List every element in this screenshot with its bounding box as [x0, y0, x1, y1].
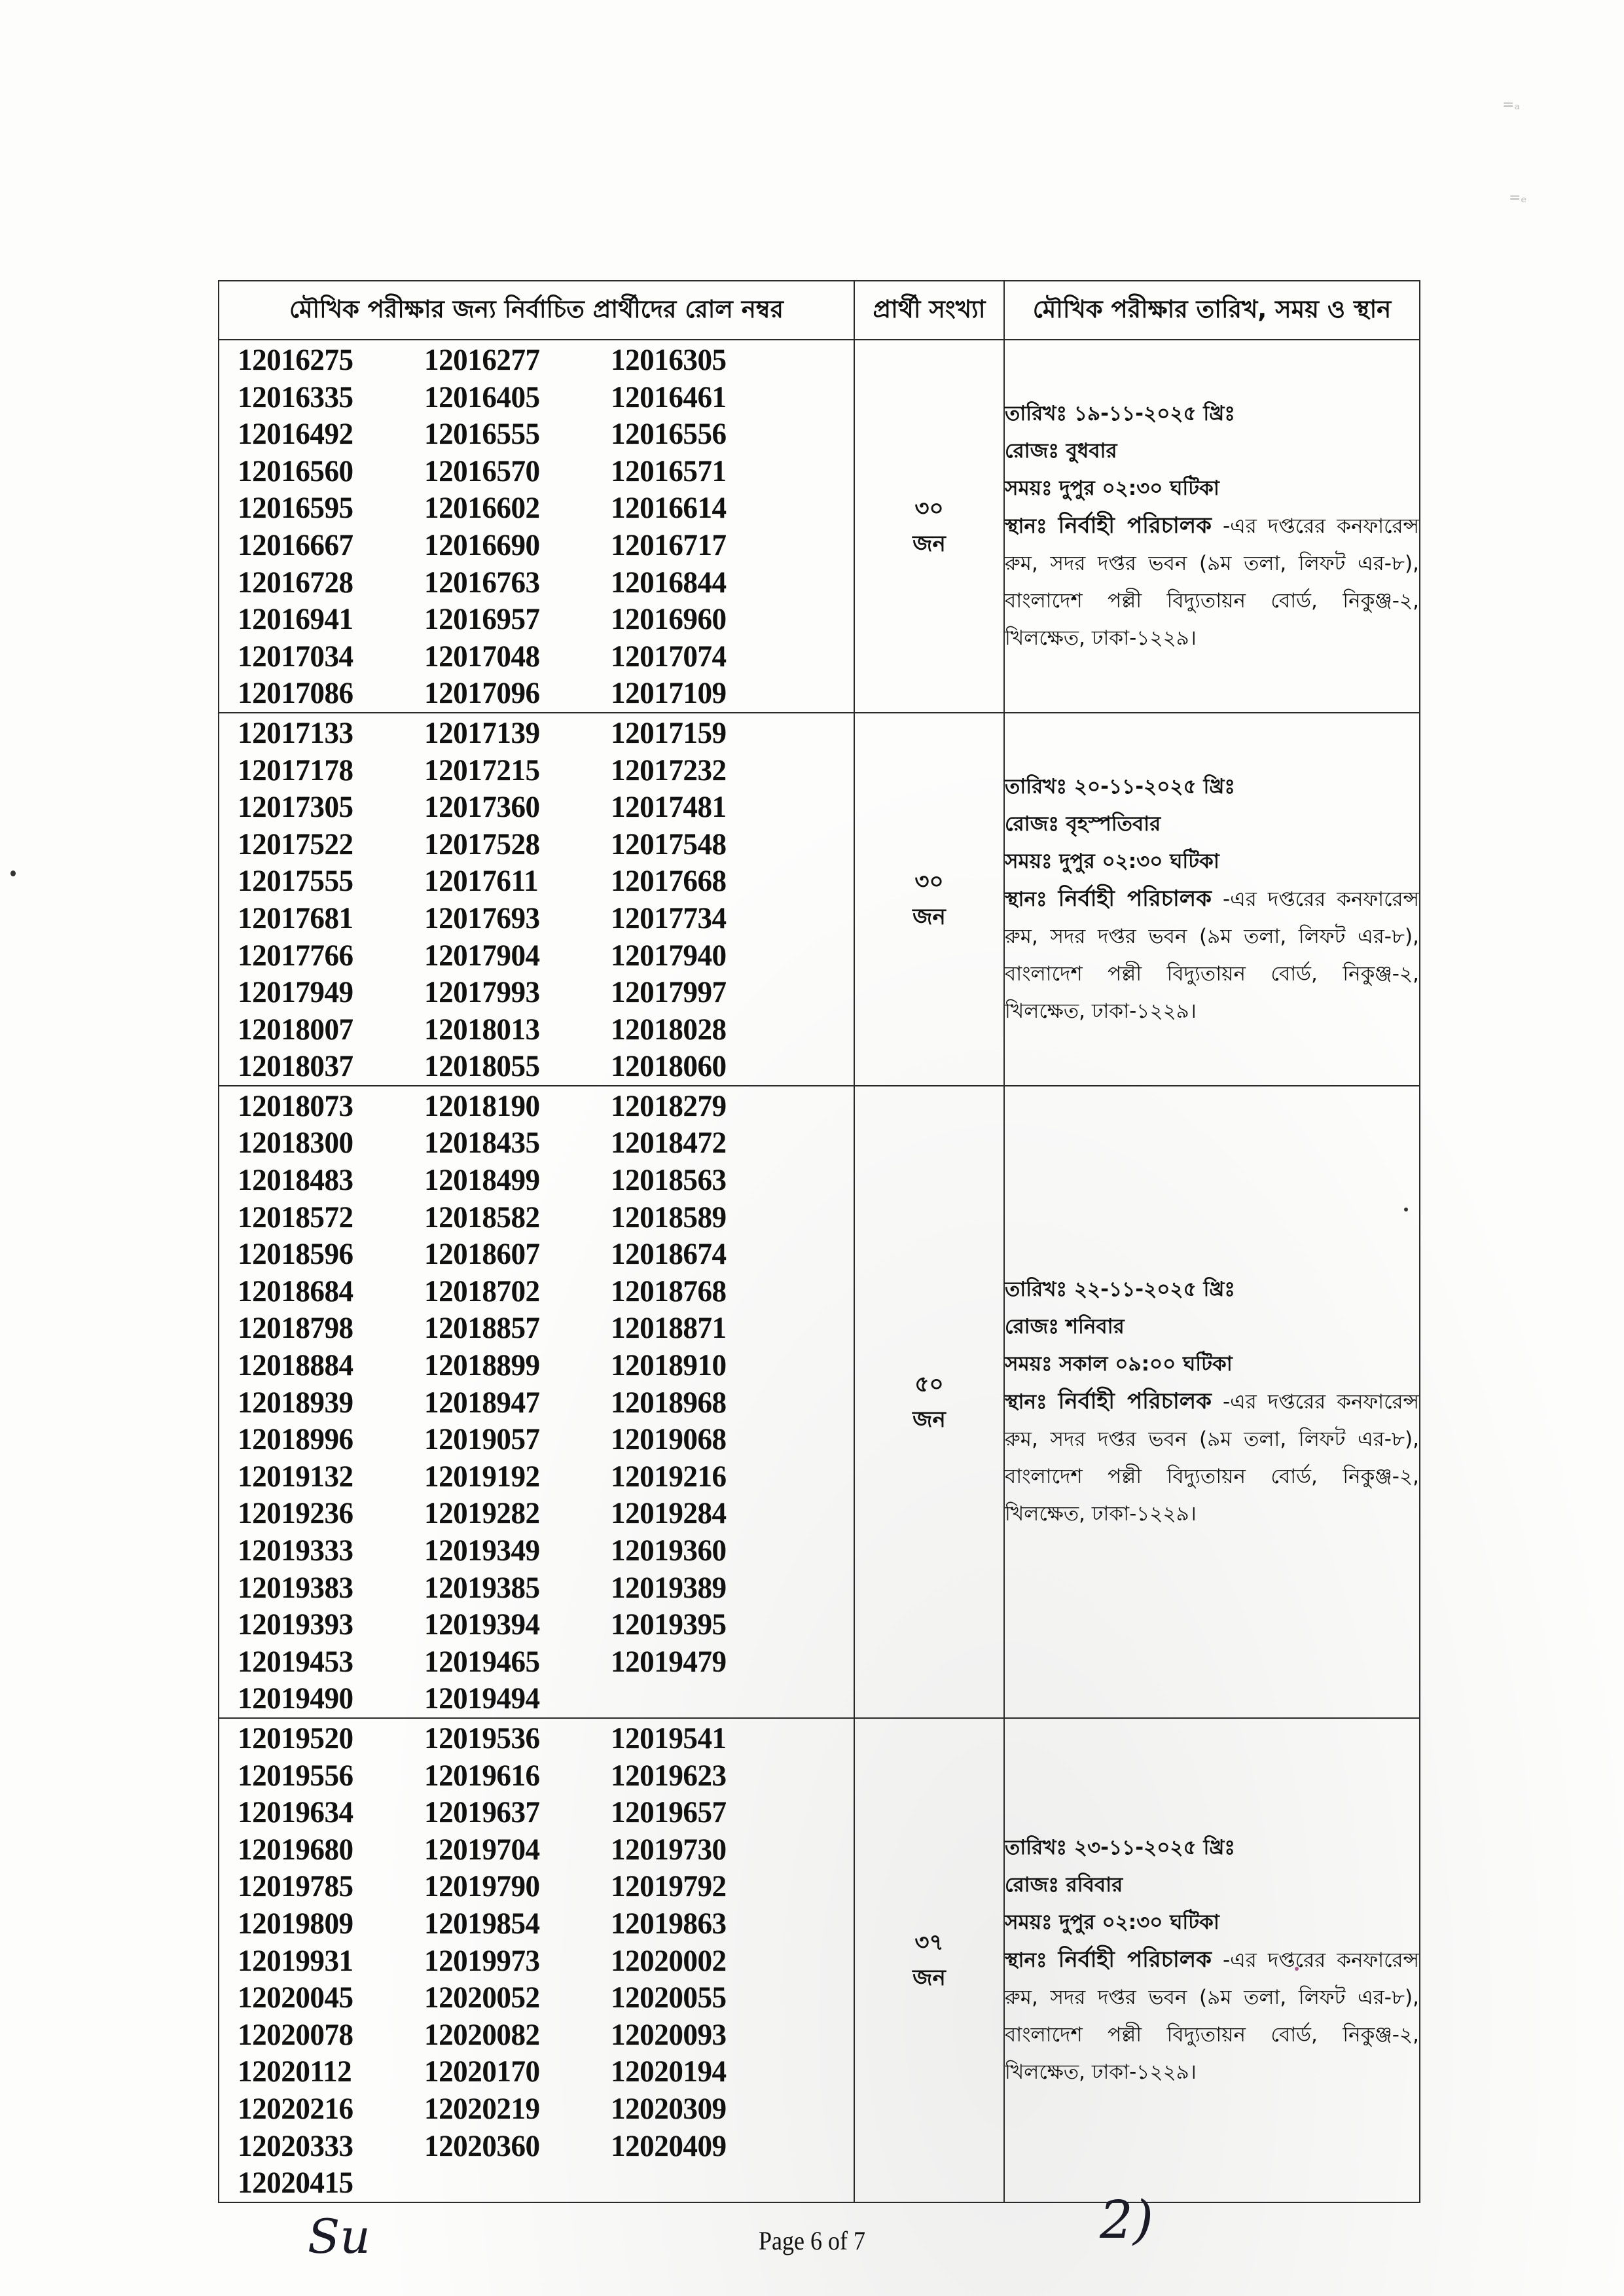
roll-number: 12019541 — [611, 1720, 790, 1757]
header-roll-numbers: মৌখিক পরীক্ষার জন্য নির্বাচিত প্রার্থীদে… — [219, 281, 854, 340]
roll-number: 12016335 — [238, 379, 417, 416]
roll-number: 12018607 — [424, 1236, 604, 1273]
roll-number: 12019383 — [238, 1570, 417, 1607]
candidate-count-number: ৩৭ — [855, 1925, 1003, 1960]
roll-number-grid: 1201713312017139120171591201717812017215… — [219, 713, 854, 1085]
interview-day: রোজঃ শনিবার — [1005, 1308, 1419, 1346]
roll-number: 12018037 — [238, 1048, 417, 1085]
roll-number: 12018483 — [238, 1162, 417, 1199]
roll-number: 12017139 — [424, 715, 604, 752]
roll-number: 12016461 — [611, 379, 790, 416]
roll-number: 12017360 — [424, 789, 604, 826]
roll-number: 12018899 — [424, 1347, 604, 1384]
roll-number: 12018939 — [238, 1384, 417, 1422]
interview-group-row: 1201952012019536120195411201955612019616… — [219, 1718, 1420, 2202]
roll-number: 12017681 — [238, 900, 417, 937]
roll-number: 12019494 — [424, 1680, 604, 1717]
roll-number: 12019556 — [238, 1757, 417, 1795]
interview-day: রোজঃ রবিবার — [1005, 1867, 1419, 1904]
header-date-time-venue: মৌখিক পরীক্ষার তারিখ, সময় ও স্থান — [1004, 281, 1420, 340]
roll-number: 12016275 — [238, 342, 417, 379]
interview-date: তারিখঃ ২০-১১-২০২৫ খ্রিঃ — [1005, 768, 1419, 806]
roll-number: 12017096 — [424, 675, 604, 712]
roll-number: 12019284 — [611, 1495, 790, 1532]
venue-office-name: নির্বাহী পরিচালক — [1058, 1946, 1212, 1973]
roll-number: 12020093 — [611, 2017, 790, 2054]
roll-number: 12016844 — [611, 564, 790, 601]
roll-number: 12016957 — [424, 601, 604, 638]
candidate-count-number: ৫০ — [855, 1367, 1003, 1402]
interview-date: তারিখঃ ২২-১১-২০২৫ খ্রিঃ — [1005, 1271, 1419, 1308]
candidate-count-number: ৩০ — [855, 864, 1003, 899]
roll-number: 12016555 — [424, 416, 604, 453]
roll-number: 12020309 — [611, 2090, 790, 2128]
candidate-count-unit: জন — [855, 899, 1003, 935]
roll-number: 12019394 — [424, 1606, 604, 1643]
roll-number: 12017904 — [424, 937, 604, 975]
roll-number: 12019790 — [424, 1868, 604, 1905]
roll-number: 12020170 — [424, 2053, 604, 2090]
roll-number: 12019973 — [424, 1943, 604, 1980]
roll-number: 12016614 — [611, 490, 790, 527]
candidate-count-cell: ৫০জন — [854, 1086, 1004, 1718]
interview-details-cell: তারিখঃ ২৩-১১-২০২৫ খ্রিঃরোজঃ রবিবারসময়ঃ … — [1004, 1718, 1420, 2202]
roll-number: 12018684 — [238, 1273, 417, 1310]
roll-number: 12017997 — [611, 974, 790, 1011]
roll-number: 12016277 — [424, 342, 604, 379]
roll-number: 12019931 — [238, 1943, 417, 1980]
roll-number: 12020055 — [611, 1979, 790, 2017]
roll-number: 12018798 — [238, 1310, 417, 1347]
interview-venue: স্থানঃ নির্বাহী পরিচালক -এর দপ্তরের কনফা… — [1005, 880, 1419, 1030]
roll-number: 12019536 — [424, 1720, 604, 1757]
roll-number: 12018028 — [611, 1011, 790, 1049]
roll-number: 12019704 — [424, 1831, 604, 1869]
roll-number: 12016602 — [424, 490, 604, 527]
interview-day: রোজঃ বৃহস্পতিবার — [1005, 806, 1419, 843]
interview-time: সময়ঃ দুপুর ০২:৩০ ঘটিকা — [1005, 470, 1419, 507]
roll-number: 12017178 — [238, 752, 417, 789]
roll-number: 12020002 — [611, 1943, 790, 1980]
roll-numbers-cell: 1201952012019536120195411201955612019616… — [219, 1718, 854, 2202]
roll-number: 12017232 — [611, 752, 790, 789]
roll-number: 12018300 — [238, 1124, 417, 1162]
roll-number: 12018013 — [424, 1011, 604, 1049]
roll-number: 12018060 — [611, 1048, 790, 1085]
roll-number: 12017481 — [611, 789, 790, 826]
venue-label: স্থানঃ — [1005, 1948, 1047, 1972]
roll-number: 12017548 — [611, 826, 790, 863]
roll-number: 12020216 — [238, 2090, 417, 2128]
roll-number: 12019057 — [424, 1421, 604, 1458]
roll-number: 12018279 — [611, 1088, 790, 1125]
roll-number: 12019385 — [424, 1570, 604, 1607]
roll-number: 12020333 — [238, 2128, 417, 2165]
roll-number: 12018871 — [611, 1310, 790, 1347]
roll-number: 12018968 — [611, 1384, 790, 1422]
roll-number: 12018910 — [611, 1347, 790, 1384]
roll-number: 12020194 — [611, 2053, 790, 2090]
roll-number: 12019479 — [611, 1643, 790, 1681]
bleed-through-mark: =ₐ — [1502, 97, 1520, 113]
interview-group-row: 1201713312017139120171591201717812017215… — [219, 713, 1420, 1086]
roll-number: 12019634 — [238, 1794, 417, 1831]
roll-number: 12019863 — [611, 1905, 790, 1943]
roll-number: 12018007 — [238, 1011, 417, 1049]
roll-number: 12017109 — [611, 675, 790, 712]
roll-number: 12020045 — [238, 1979, 417, 2017]
roll-number: 12019730 — [611, 1831, 790, 1869]
roll-number: 12017766 — [238, 937, 417, 975]
roll-number: 12018884 — [238, 1347, 417, 1384]
scan-speck — [10, 870, 16, 876]
roll-number: 12018596 — [238, 1236, 417, 1273]
roll-number: 12016571 — [611, 453, 790, 490]
interview-date: তারিখঃ ১৯-১১-২০২৫ খ্রিঃ — [1005, 395, 1419, 433]
roll-number: 12020415 — [238, 2164, 417, 2202]
roll-number: 12016763 — [424, 564, 604, 601]
roll-number: 12016560 — [238, 453, 417, 490]
roll-number: 12019360 — [611, 1532, 790, 1570]
interview-date: তারিখঃ ২৩-১১-২০২৫ খ্রিঃ — [1005, 1829, 1419, 1867]
roll-number: 12017048 — [424, 638, 604, 675]
roll-number: 12016728 — [238, 564, 417, 601]
roll-number: 12016556 — [611, 416, 790, 453]
signature-right: 2) — [1100, 2189, 1153, 2250]
roll-number: 12016690 — [424, 527, 604, 564]
roll-number: 12017215 — [424, 752, 604, 789]
roll-number: 12016667 — [238, 527, 417, 564]
roll-number: 12018768 — [611, 1273, 790, 1310]
roll-number: 12017522 — [238, 826, 417, 863]
roll-number: 12020409 — [611, 2128, 790, 2165]
interview-group-row: 1201627512016277120163051201633512016405… — [219, 340, 1420, 713]
roll-number: 12019395 — [611, 1606, 790, 1643]
roll-number: 12016570 — [424, 453, 604, 490]
roll-number: 12020219 — [424, 2090, 604, 2128]
roll-number: 12019854 — [424, 1905, 604, 1943]
interview-venue: স্থানঃ নির্বাহী পরিচালক -এর দপ্তরের কনফা… — [1005, 1383, 1419, 1533]
roll-number: 12017949 — [238, 974, 417, 1011]
roll-number: 12018572 — [238, 1199, 417, 1236]
roll-number: 12018563 — [611, 1162, 790, 1199]
roll-number: 12019623 — [611, 1757, 790, 1795]
roll-number: 12017305 — [238, 789, 417, 826]
roll-number: 12019333 — [238, 1532, 417, 1570]
candidate-count-cell: ৩৭জন — [854, 1718, 1004, 2202]
roll-number: 12018472 — [611, 1124, 790, 1162]
roll-number: 12019657 — [611, 1794, 790, 1831]
roll-number: 12020082 — [424, 2017, 604, 2054]
venue-label: স্থানঃ — [1005, 1390, 1047, 1414]
roll-number: 12020112 — [238, 2053, 417, 2090]
roll-number: 12019389 — [611, 1570, 790, 1607]
roll-number: 12017528 — [424, 826, 604, 863]
roll-number: 12019192 — [424, 1458, 604, 1496]
roll-number: 12017086 — [238, 675, 417, 712]
candidate-count-cell: ৩০জন — [854, 340, 1004, 713]
roll-number: 12016717 — [611, 527, 790, 564]
roll-number: 12018589 — [611, 1199, 790, 1236]
roll-number: 12018702 — [424, 1273, 604, 1310]
roll-number: 12017993 — [424, 974, 604, 1011]
roll-number: 12019465 — [424, 1643, 604, 1681]
roll-number: 12016492 — [238, 416, 417, 453]
roll-number: 12019453 — [238, 1643, 417, 1681]
roll-number-grid: 1201807312018190120182791201830012018435… — [219, 1086, 854, 1717]
scan-speck — [1295, 1967, 1299, 1971]
roll-number: 12019068 — [611, 1421, 790, 1458]
interview-time: সময়ঃ দুপুর ০২:৩০ ঘটিকা — [1005, 1904, 1419, 1941]
roll-number: 12017693 — [424, 900, 604, 937]
roll-number: 12019809 — [238, 1905, 417, 1943]
roll-number: 12018073 — [238, 1088, 417, 1125]
roll-number: 12018947 — [424, 1384, 604, 1422]
roll-number: 12016960 — [611, 601, 790, 638]
interview-group-row: 1201807312018190120182791201830012018435… — [219, 1086, 1420, 1718]
interview-venue: স্থানঃ নির্বাহী পরিচালক -এর দপ্তরের কনফা… — [1005, 1941, 1419, 2091]
roll-number: 12018674 — [611, 1236, 790, 1273]
interview-time: সময়ঃ দুপুর ০২:৩০ ঘটিকা — [1005, 843, 1419, 880]
venue-office-name: নির্বাহী পরিচালক — [1058, 512, 1212, 539]
candidate-count-unit: জন — [855, 526, 1003, 562]
roll-number: 12018435 — [424, 1124, 604, 1162]
roll-number: 12020078 — [238, 2017, 417, 2054]
roll-number: 12020052 — [424, 1979, 604, 2017]
roll-number: 12016305 — [611, 342, 790, 379]
table-header-row: মৌখিক পরীক্ষার জন্য নির্বাচিত প্রার্থীদে… — [219, 281, 1420, 340]
scan-speck — [1404, 1208, 1408, 1211]
venue-label: স্থানঃ — [1005, 888, 1047, 911]
roll-number: 12017940 — [611, 937, 790, 975]
roll-numbers-cell: 1201807312018190120182791201830012018435… — [219, 1086, 854, 1718]
roll-number: 12019282 — [424, 1495, 604, 1532]
header-candidate-count: প্রার্থী সংখ্যা — [854, 281, 1004, 340]
page-number: Page 6 of 7 — [81, 2225, 1543, 2256]
roll-number: 12019490 — [238, 1680, 417, 1717]
roll-numbers-cell: 1201627512016277120163051201633512016405… — [219, 340, 854, 713]
viva-schedule-table: মৌখিক পরীক্ষার জন্য নির্বাচিত প্রার্থীদে… — [218, 280, 1420, 2203]
roll-number: 12017734 — [611, 900, 790, 937]
roll-number-grid: 1201627512016277120163051201633512016405… — [219, 340, 854, 712]
interview-venue: স্থানঃ নির্বাহী পরিচালক -এর দপ্তরের কনফা… — [1005, 507, 1419, 657]
interview-time: সময়ঃ সকাল ০৯:০০ ঘটিকা — [1005, 1346, 1419, 1383]
roll-number: 12018857 — [424, 1310, 604, 1347]
roll-number: 12017555 — [238, 863, 417, 900]
roll-number: 12018499 — [424, 1162, 604, 1199]
roll-number: 12017668 — [611, 863, 790, 900]
roll-number: 12019216 — [611, 1458, 790, 1496]
roll-number: 12019637 — [424, 1794, 604, 1831]
roll-number: 12019132 — [238, 1458, 417, 1496]
roll-number: 12016405 — [424, 379, 604, 416]
roll-number: 12017034 — [238, 638, 417, 675]
roll-number: 12017159 — [611, 715, 790, 752]
venue-office-name: নির্বাহী পরিচালক — [1058, 1388, 1212, 1414]
interview-day: রোজঃ বুধবার — [1005, 433, 1419, 470]
roll-number: 12017133 — [238, 715, 417, 752]
candidate-count-number: ৩০ — [855, 491, 1003, 526]
interview-details-cell: তারিখঃ ২২-১১-২০২৫ খ্রিঃরোজঃ শনিবারসময়ঃ … — [1004, 1086, 1420, 1718]
roll-number: 12019680 — [238, 1831, 417, 1869]
roll-number: 12019616 — [424, 1757, 604, 1795]
roll-number: 12019236 — [238, 1495, 417, 1532]
roll-number-grid: 1201952012019536120195411201955612019616… — [219, 1719, 854, 2202]
roll-number: 12019349 — [424, 1532, 604, 1570]
interview-details-cell: তারিখঃ ২০-১১-২০২৫ খ্রিঃরোজঃ বৃহস্পতিবারস… — [1004, 713, 1420, 1086]
roll-number: 12019393 — [238, 1606, 417, 1643]
roll-number: 12016595 — [238, 490, 417, 527]
venue-label: স্থানঃ — [1005, 514, 1047, 538]
roll-number: 12018055 — [424, 1048, 604, 1085]
roll-number: 12016941 — [238, 601, 417, 638]
candidate-count-cell: ৩০জন — [854, 713, 1004, 1086]
roll-number: 12019785 — [238, 1868, 417, 1905]
signature-left: Su — [308, 2209, 370, 2264]
roll-number: 12020360 — [424, 2128, 604, 2165]
interview-details-cell: তারিখঃ ১৯-১১-২০২৫ খ্রিঃরোজঃ বুধবারসময়ঃ … — [1004, 340, 1420, 713]
roll-number: 12019520 — [238, 1720, 417, 1757]
candidate-count-unit: জন — [855, 1960, 1003, 1996]
roll-number: 12018582 — [424, 1199, 604, 1236]
roll-number: 12017611 — [424, 863, 604, 900]
roll-number: 12018996 — [238, 1421, 417, 1458]
roll-number: 12017074 — [611, 638, 790, 675]
roll-number: 12018190 — [424, 1088, 604, 1125]
bleed-through-mark: =ₑ — [1509, 190, 1527, 206]
roll-numbers-cell: 1201713312017139120171591201717812017215… — [219, 713, 854, 1086]
candidate-count-unit: জন — [855, 1402, 1003, 1437]
roll-number: 12019792 — [611, 1868, 790, 1905]
venue-office-name: নির্বাহী পরিচালক — [1058, 886, 1212, 912]
